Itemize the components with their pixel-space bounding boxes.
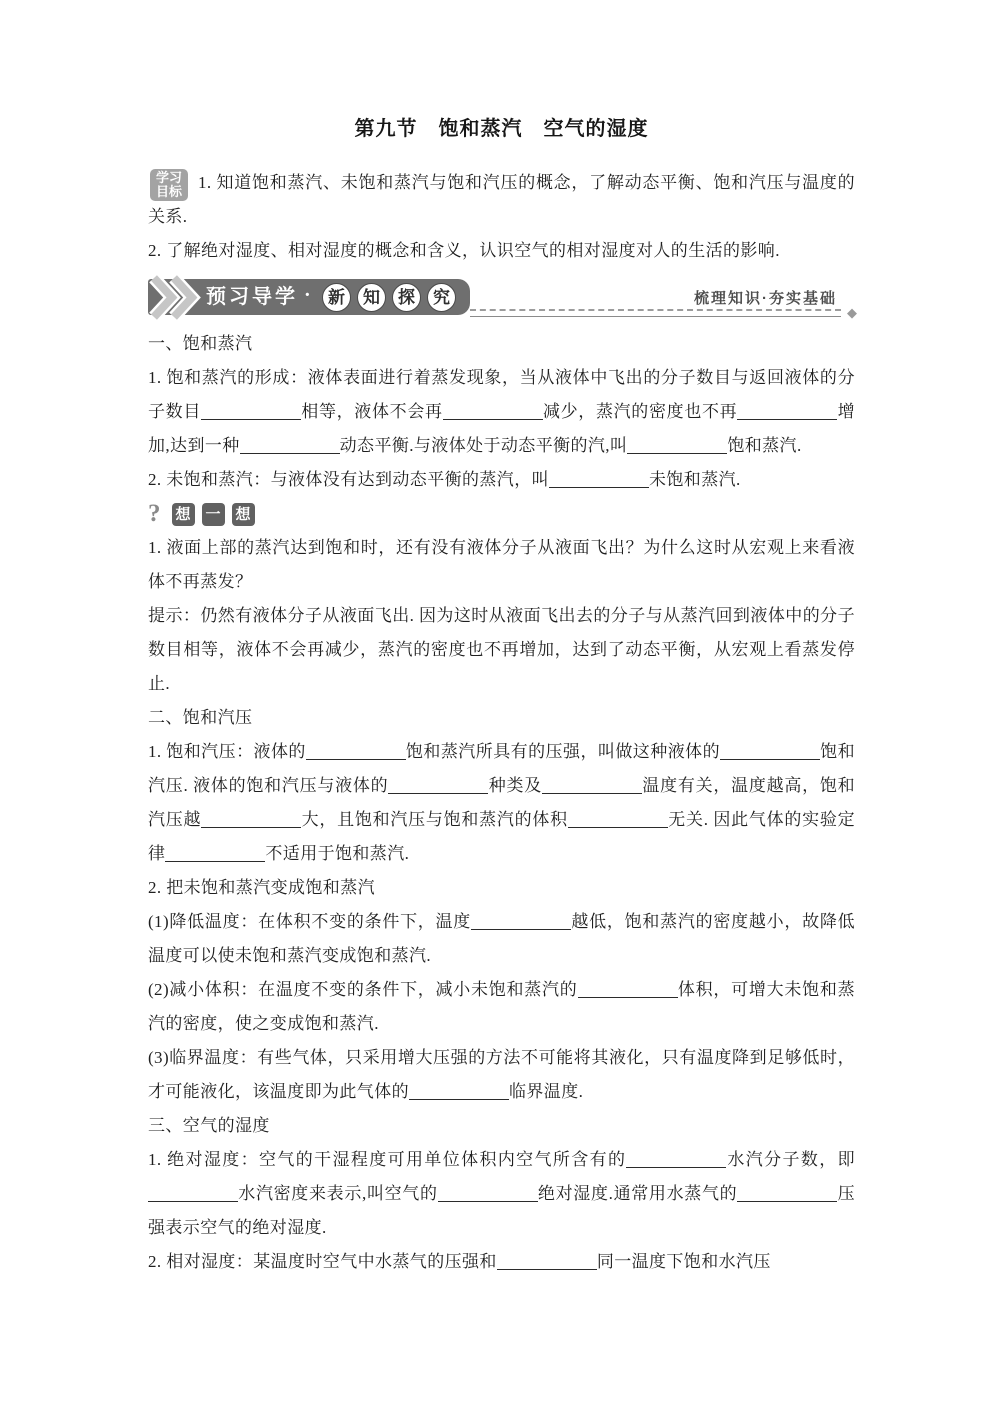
banner-circle-char: 探: [392, 283, 421, 312]
text-run: 1. 液面上部的蒸汽达到饱和时，还有没有液体分子从液面飞出？为什么这时从宏观上来…: [148, 538, 855, 591]
banner-separator-dot: ·: [304, 284, 311, 307]
section-banner: 预习导学 · 新 知 探 究 梳理知识·夯实基础 ◆: [148, 279, 855, 316]
paragraph: 1. 绝对湿度：空气的干湿程度可用单位体积内空气所含有的水汽分子数，即水汽密度来…: [148, 1143, 855, 1245]
text-run: (1)降低温度：在体积不变的条件下，温度: [148, 912, 471, 931]
paragraph: 2. 相对湿度：某温度时空气中水蒸气的压强和同一温度下饱和水汽压: [148, 1245, 855, 1279]
banner-dashed-rule: [470, 309, 841, 317]
text-run: 临界温度.: [509, 1082, 583, 1101]
text-run: 提示：仍然有液体分子从液面飞出. 因为这时从液面飞出去的分子与从蒸汽回到液体中的…: [148, 606, 855, 693]
paragraph: 1. 饱和汽压：液体的饱和蒸汽所具有的压强，叫做这种液体的饱和汽压. 液体的饱和…: [148, 735, 855, 871]
text-run: 一、饱和蒸汽: [148, 334, 252, 353]
fill-in-blank: [388, 780, 488, 794]
content-b: 1. 液面上部的蒸汽达到饱和时，还有没有液体分子从液面飞出？为什么这时从宏观上来…: [148, 531, 855, 1279]
text-run: 未饱和蒸汽.: [649, 470, 741, 489]
fill-in-blank: [737, 1188, 837, 1202]
learning-objectives: 学习 目标 1. 知道饱和蒸汽、未饱和蒸汽与饱和汽压的概念，了解动态平衡、饱和汽…: [148, 166, 855, 268]
banner-circle-char: 新: [322, 283, 351, 312]
paragraph: 1. 液面上部的蒸汽达到饱和时，还有没有液体分子从液面飞出？为什么这时从宏观上来…: [148, 531, 855, 599]
text-run: 饱和蒸汽.: [727, 436, 801, 455]
fill-in-blank: [165, 848, 265, 862]
text-run: 动态平衡.与液体处于动态平衡的汽,叫: [340, 436, 628, 455]
fill-in-blank: [497, 1256, 597, 1270]
objectives-badge-line2: 目标: [152, 185, 186, 199]
text-run: 大，且饱和汽压与饱和蒸汽的体积: [301, 810, 568, 829]
text-run: 水汽密度来表示,叫空气的: [238, 1184, 438, 1203]
fill-in-blank: [542, 780, 642, 794]
double-chevron-icon: [148, 275, 202, 325]
banner-circle-char: 知: [357, 283, 386, 312]
paragraph: 1. 饱和蒸汽的形成：液体表面进行着蒸发现象，当从液体中飞出的分子数目与返回液体…: [148, 361, 855, 463]
objective-item: 1. 知道饱和蒸汽、未饱和蒸汽与饱和汽压的概念，了解动态平衡、饱和汽压与温度的关…: [148, 166, 855, 234]
text-run: 1. 饱和汽压：液体的: [148, 742, 306, 761]
fill-in-blank: [201, 814, 301, 828]
content-a: 一、饱和蒸汽1. 饱和蒸汽的形成：液体表面进行着蒸发现象，当从液体中飞出的分子数…: [148, 327, 855, 497]
page-title: 第九节 饱和蒸汽 空气的湿度: [148, 116, 855, 142]
fill-in-blank: [578, 984, 678, 998]
section-heading: 三、空气的湿度: [148, 1109, 855, 1143]
fill-in-blank: [471, 916, 571, 930]
text-run: 2. 未饱和蒸汽：与液体没有达到动态平衡的蒸汽，叫: [148, 470, 549, 489]
fill-in-blank: [306, 746, 406, 760]
document-page: 第九节 饱和蒸汽 空气的湿度 学习 目标 1. 知道饱和蒸汽、未饱和蒸汽与饱和汽…: [148, 0, 855, 1279]
banner-left-title: 预习导学: [206, 285, 298, 309]
think-badge-char: 想: [172, 503, 195, 526]
banner-right-slogan: 梳理知识·夯实基础: [694, 287, 837, 308]
text-run: 2. 相对湿度：某温度时空气中水蒸气的压强和: [148, 1252, 497, 1271]
fill-in-blank: [626, 1154, 726, 1168]
paragraph: (2)减小体积：在温度不变的条件下，减小未饱和蒸汽的体积，可增大未饱和蒸汽的密度…: [148, 973, 855, 1041]
fill-in-blank: [549, 474, 649, 488]
objective-item: 2. 了解绝对湿度、相对湿度的概念和含义，认识空气的相对湿度对人的生活的影响.: [148, 234, 855, 268]
text-run: 不适用于饱和蒸汽.: [265, 844, 409, 863]
paragraph: 提示：仍然有液体分子从液面飞出. 因为这时从液面飞出去的分子与从蒸汽回到液体中的…: [148, 599, 855, 701]
text-run: 饱和蒸汽所具有的压强，叫做这种液体的: [406, 742, 720, 761]
text-run: (2)减小体积：在温度不变的条件下，减小未饱和蒸汽的: [148, 980, 578, 999]
paragraph: (1)降低温度：在体积不变的条件下，温度越低，饱和蒸汽的密度越小，故降低温度可以…: [148, 905, 855, 973]
text-run: 1. 绝对湿度：空气的干湿程度可用单位体积内空气所含有的: [148, 1150, 626, 1169]
objectives-badge: 学习 目标: [150, 169, 188, 201]
fill-in-blank: [201, 406, 301, 420]
fill-in-blank: [720, 746, 820, 760]
paragraph: 2. 把未饱和蒸汽变成饱和蒸汽: [148, 871, 855, 905]
diamond-icon: ◆: [847, 305, 857, 321]
banner-circle-char: 究: [427, 283, 456, 312]
text-run: 绝对湿度.通常用水蒸气的: [538, 1184, 738, 1203]
fill-in-blank: [240, 440, 340, 454]
section-heading: 二、饱和汽压: [148, 701, 855, 735]
fill-in-blank: [409, 1086, 509, 1100]
objectives-badge-line1: 学习: [152, 171, 186, 185]
fill-in-blank: [627, 440, 727, 454]
fill-in-blank: [148, 1188, 238, 1202]
fill-in-blank: [438, 1188, 538, 1202]
banner-circle-chars: 新 知 探 究: [320, 283, 456, 312]
text-run: 减少，蒸汽的密度也不再: [543, 402, 738, 421]
fill-in-blank: [443, 406, 543, 420]
text-run: 种类及: [488, 776, 542, 795]
text-run: 2. 把未饱和蒸汽变成饱和蒸汽: [148, 878, 375, 897]
fill-in-blank: [737, 406, 837, 420]
section-heading: 一、饱和蒸汽: [148, 327, 855, 361]
text-run: 相等，液体不会再: [301, 402, 443, 421]
think-badge-char: 一: [202, 503, 225, 526]
think-badge-char: 想: [232, 503, 255, 526]
text-run: 二、饱和汽压: [148, 708, 252, 727]
question-mark-icon: ?: [148, 497, 161, 531]
text-run: 同一温度下饱和水汽压: [597, 1252, 771, 1271]
text-run: 水汽分子数，即: [726, 1150, 855, 1169]
banner-bar: 预习导学 · 新 知 探 究: [148, 279, 470, 315]
fill-in-blank: [568, 814, 668, 828]
think-about-it-badge: ? 想 一 想: [148, 497, 855, 531]
paragraph: 2. 未饱和蒸汽：与液体没有达到动态平衡的蒸汽，叫未饱和蒸汽.: [148, 463, 855, 497]
text-run: 三、空气的湿度: [148, 1116, 270, 1135]
paragraph: (3)临界温度：有些气体，只采用增大压强的方法不可能将其液化，只有温度降到足够低…: [148, 1041, 855, 1109]
